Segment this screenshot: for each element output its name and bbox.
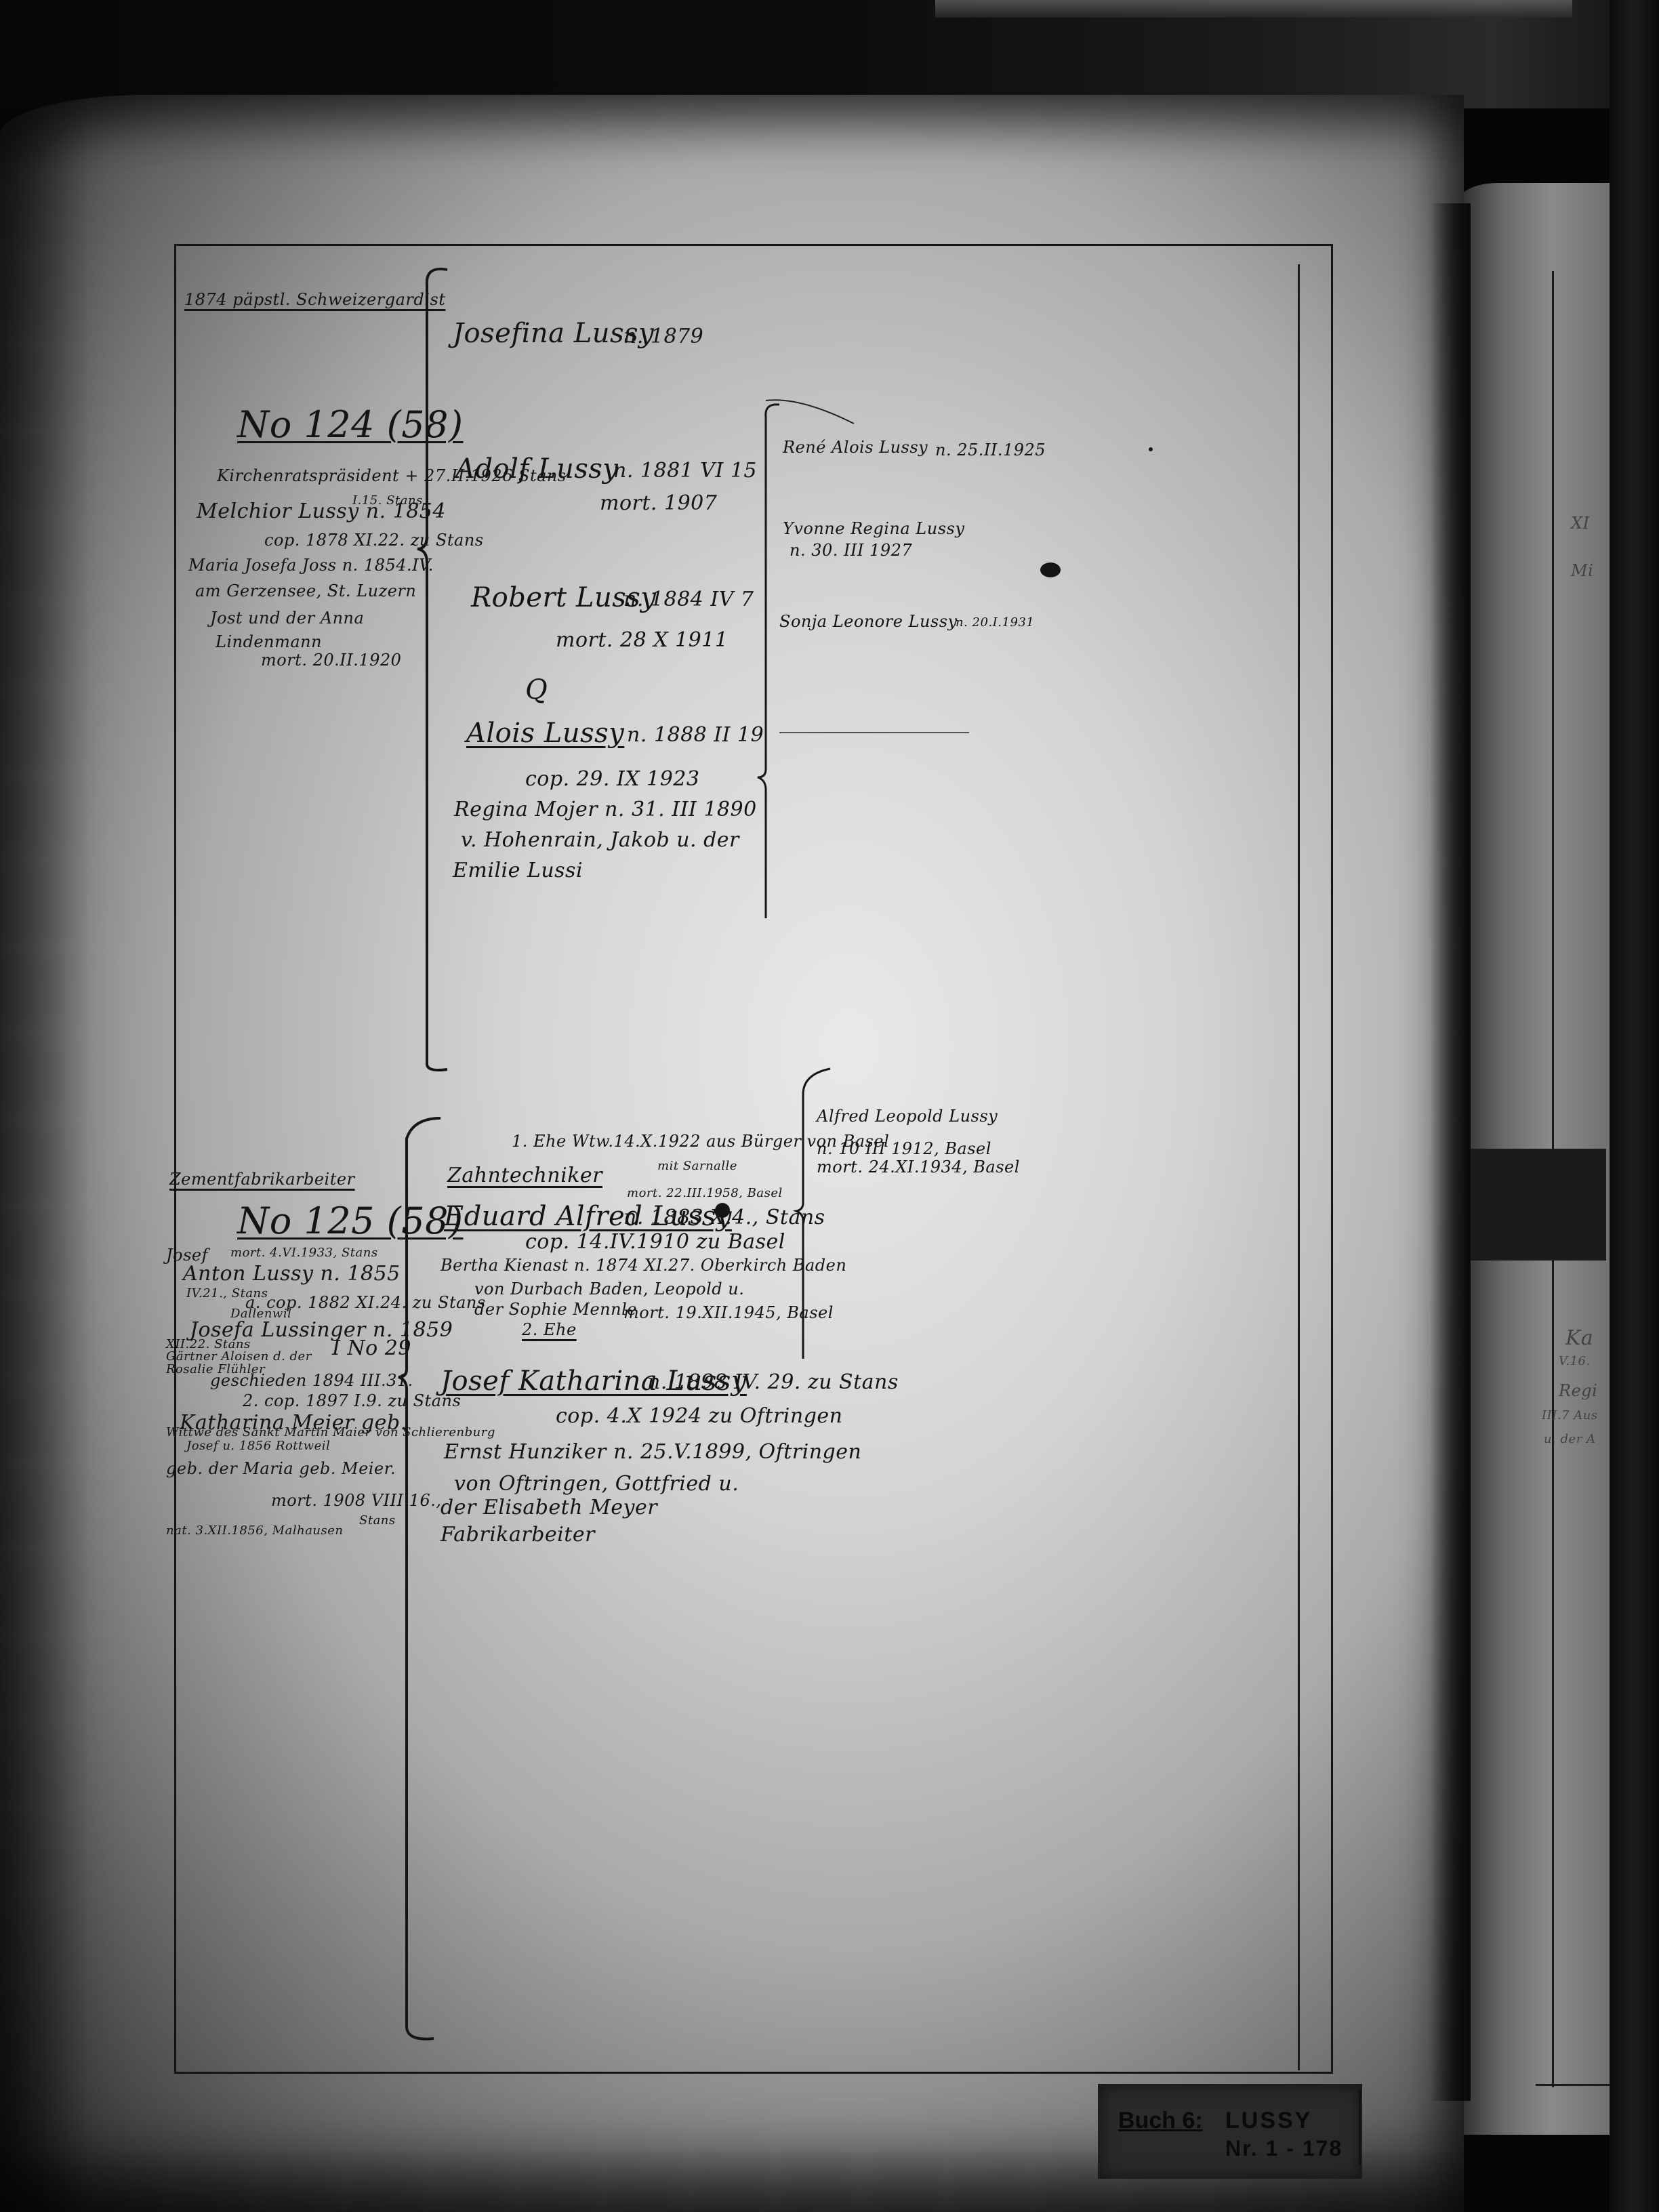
book-gutter [1430,203,1471,2101]
entry-number-125: No 125 (58) [237,1203,464,1240]
margin-mark: Q [525,676,548,703]
grandchild-name: Yvonne Regina Lussy [783,520,964,537]
child-detail: mort. 28 X 1911 [556,630,728,651]
pencil-rule [779,732,969,733]
entry-124-line: am Gerzensee, St. Luzern [195,583,416,599]
entry-number-124: No 124 (58) [237,407,464,443]
child-detail: n. 1884 IV 7 [623,590,754,610]
entry-125-line: mort. 4.VI.1933, Stans [230,1247,378,1259]
second-marriage-label: 2. Ehe [522,1322,577,1338]
child-detail: Fabrikarbeiter [441,1525,595,1545]
marriage-note: mit Sarnalle [657,1160,737,1172]
entry-125-line: geb. der Maria geb. Meier. [166,1460,396,1477]
grandchild-detail: n. 25.II.1925 [935,442,1046,458]
child-detail: mort. 22.III.1958, Basel [627,1187,783,1200]
child-detail: mort. 19.XII.1945, Basel [623,1305,834,1321]
child-detail: Ernst Hunziker n. 25.V.1899, Oftringen [444,1442,861,1462]
facing-fragment: XI [1571,515,1590,531]
dark-tab-overlay [1471,1149,1606,1261]
ink-dot [1149,447,1153,451]
entry-124-line: cop. 1878 XI.22. zu Stans [264,532,484,548]
child-detail: von Durbach Baden, Leopold u. [474,1281,744,1297]
entry-124-line: Maria Josefa Joss n. 1854.IV. [188,557,434,573]
ruled-inner-line [1298,264,1300,2070]
grandchild-name: René Alois Lussy [783,439,928,455]
ink-blot [715,1203,730,1218]
child-detail: mort. 1907 [600,493,717,514]
grandchild-detail: n. 10 III 1912, Basel [817,1141,991,1157]
entry-124-death: mort. 20.II.1920 [261,652,401,668]
child-detail: Bertha Kienast n. 1874 XI.27. Oberkirch … [441,1257,846,1273]
child-detail: n. 1879 [623,327,703,347]
archive-label: Buch 6: LUSSY Nr. 1 - 178 [1105,2094,1362,2175]
child-detail: der Elisabeth Meyer [441,1498,657,1518]
child-detail: von Oftringen, Gottfried u. [454,1474,739,1494]
child-detail: cop. 14.IV.1910 zu Basel [525,1232,785,1252]
archive-number-range: Nr. 1 - 178 [1225,2136,1343,2161]
child-occupation: Zahntechniker [447,1166,602,1186]
facing-fragment: III.7 Aus [1542,1410,1598,1422]
child-detail: Regina Mojer n. 31. III 1890 [454,800,757,820]
entry-125-line: Wittwe des Sankt Martin Maier von Schlie… [166,1427,495,1439]
facing-fragment: Ka [1565,1328,1593,1349]
family-brace-125 [393,1111,447,2040]
entry-125-line: Stans [359,1515,396,1527]
facing-fragment: u. der A [1544,1433,1596,1446]
facing-fragment: Regi [1559,1382,1597,1399]
child-detail: n. 1881 VI 15 [613,461,757,481]
child-name: Adolf Lussy [455,455,618,483]
child-detail: Emilie Lussi [453,861,583,881]
child-name: Alois Lussy [466,720,624,747]
children-brace-124 [759,403,786,918]
grandchild-name: Sonja Leonore Lussy [779,613,958,630]
entry-125-line: Gärtner Aloisen d. der [166,1351,312,1363]
child-detail: cop. 29. IX 1923 [525,769,699,790]
entry-125-line: mort. 1908 VIII.16., [271,1492,442,1509]
entry-125-line: Josef [166,1247,208,1263]
margin-note-guard: 1874 päpstl. Schweizergardist [184,291,445,308]
entry-124-line: Jost und der Anna [210,610,364,626]
grandchild-detail: n. 30. III 1927 [790,542,912,558]
entry-125-head-name: Anton Lussy n. 1855 [183,1264,401,1284]
scan-right-edge [1610,0,1659,2212]
facing-fragment: Mi [1571,562,1593,579]
child-detail: n. 1888 II 19 [627,725,764,745]
child-detail: v. Hohenrain, Jakob u. der [461,830,739,851]
overexposed-edge [935,0,1572,18]
entry-125-line: geschieden 1894 III.31. [210,1372,413,1389]
grandchild-detail: n. 20.I.1931 [956,617,1034,629]
family-brace-124 [420,264,454,1071]
entry-125-line: nat. 3.XII.1856, Malhausen [166,1525,344,1537]
child-detail: cop. 4.X 1924 zu Oftringen [556,1406,843,1427]
child-detail: der Sophie Mennle [474,1301,637,1317]
archive-book-label: Buch 6: [1118,2108,1203,2134]
facing-page-rule-bottom [1536,2084,1617,2086]
ink-blot [1040,562,1061,577]
facing-fragment: V.16. [1559,1355,1591,1368]
entry-125-line: I No 29 [332,1338,411,1359]
grandchild-name: Alfred Leopold Lussy [817,1108,998,1124]
grandchild-detail: mort. 24.XI.1934, Basel [817,1159,1020,1175]
entry-124-line: Lindenmann [216,634,322,650]
child-detail: n. 1898 IV. 29. zu Stans [647,1372,899,1393]
occupation-note: Zementfabrikarbeiter [169,1171,355,1187]
entry-124-head-name: Melchior Lussy n. 1854 [197,501,446,522]
entry-125-line: 2. cop. 1897 I.9. zu Stans [243,1393,461,1409]
entry-125-line: Josef u. 1856 Rottweil [186,1440,330,1452]
archive-family-name: LUSSY [1225,2108,1312,2134]
